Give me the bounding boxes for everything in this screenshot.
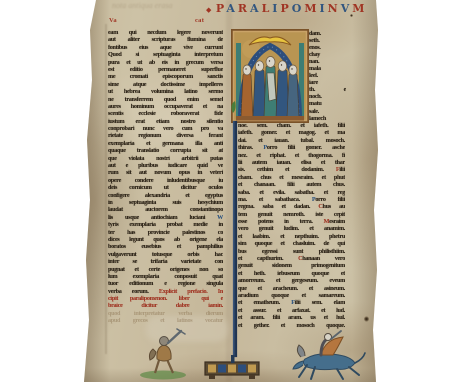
title-letter: M: [352, 2, 367, 15]
text-line: matu: [309, 101, 346, 108]
text-line: thiras. Porro filii gomer. asche: [238, 145, 345, 153]
title-letter: M: [304, 2, 319, 15]
text-line: regma. saba et dadan. Chus au: [238, 204, 345, 212]
manuscript-photo: nota antiqua erasa ◆ PARALIPOMINVM Va ca…: [0, 0, 468, 382]
initial-descender-tail: [233, 121, 237, 357]
title-letter: A: [250, 2, 262, 15]
text-line: ut hebrea volumina latino sermo: [108, 89, 223, 97]
title-letter: P: [280, 2, 291, 15]
text-line: et ematheum. Filii sem. elam: [238, 300, 345, 308]
title-letter: R: [238, 2, 250, 15]
text-line: inter se trifaria varietate con: [108, 259, 223, 267]
text-line: scentis ecclesie roboraverat fide: [108, 111, 223, 119]
text-line: amorreum. et gergeseum. eveum: [238, 278, 345, 286]
drollery-knight-icon: [133, 327, 195, 381]
fore-edge-shadow: [352, 0, 378, 382]
text-line: quaque translatio corrupta sit at: [108, 148, 223, 156]
text-line: sim quoque et chasluim. de qui: [238, 241, 345, 249]
title-letter: V: [341, 2, 353, 15]
historiated-initial-icon: [231, 29, 309, 123]
text-line: rum sit aut novum opus in veteri: [108, 170, 223, 178]
text-line: rietate regionum diversa ferant: [108, 133, 223, 141]
initial-tail-base-ornament-icon: [203, 355, 261, 382]
text-line: et aram. filii aram. us et hul.: [238, 315, 345, 323]
text-line: aut aliter scripturas flumina de: [108, 37, 223, 45]
text-line: deis cornicum ut dicitur oculos: [108, 185, 223, 193]
rubric-cat: cat: [195, 17, 204, 24]
title-letter: P: [216, 2, 226, 15]
title-letter: O: [292, 2, 305, 15]
text-column-left: eam qui necdum legere noveruntaut aliter…: [108, 30, 223, 326]
text-line: sale.: [309, 108, 346, 115]
text-line: Quod si septuaginta interpretum: [108, 52, 223, 60]
running-title: ◆ PARALIPOMINVM: [206, 2, 366, 17]
wormhole-spot: [364, 316, 369, 322]
text-line: tuor editionum e regione singula: [108, 281, 223, 289]
text-line: laudat auctorem constantinopo: [108, 207, 223, 215]
text-column-right-narrow: dam.seth.enos.chaynan.malaleel.iareth. e…: [309, 31, 346, 123]
title-letter: A: [226, 2, 238, 15]
text-line: vero genuit ludim. et anamim.: [238, 226, 345, 234]
rubric-va: Va: [109, 17, 117, 24]
title-letter: L: [262, 2, 273, 15]
title-letter: I: [320, 2, 328, 15]
parchment-leaf: nota antiqua erasa ◆ PARALIPOMINVM Va ca…: [0, 0, 468, 382]
vertical-crease: [105, 24, 107, 354]
text-line: boratos eusebius et pamphilius: [108, 244, 223, 252]
drollery-winged-horseman-icon: [291, 329, 367, 381]
title-flourish: ◆: [206, 6, 216, 14]
text-line: me cromati episcoporum sanctis: [108, 74, 223, 82]
title-letter: N: [328, 2, 341, 15]
text-line: genuit sidonem primogenitum: [238, 263, 345, 271]
text-column-right: noe. sem. cham. et iafeth. filiiiafeth. …: [238, 123, 345, 330]
text-line: et chanaan. filii autem chus.: [238, 182, 345, 190]
text-line: sis. cethim et dodanim. Filii: [238, 167, 345, 175]
text-line: braice dicitur dabre iamin.: [108, 303, 223, 311]
text-line: iafeth. gomer. et magog. et ma: [238, 130, 345, 138]
text-line: apud grecos et latinos vocatur: [108, 318, 223, 326]
text-line: lamech: [309, 115, 346, 122]
text-line: tyris exemplaria probat medie in: [108, 222, 223, 230]
